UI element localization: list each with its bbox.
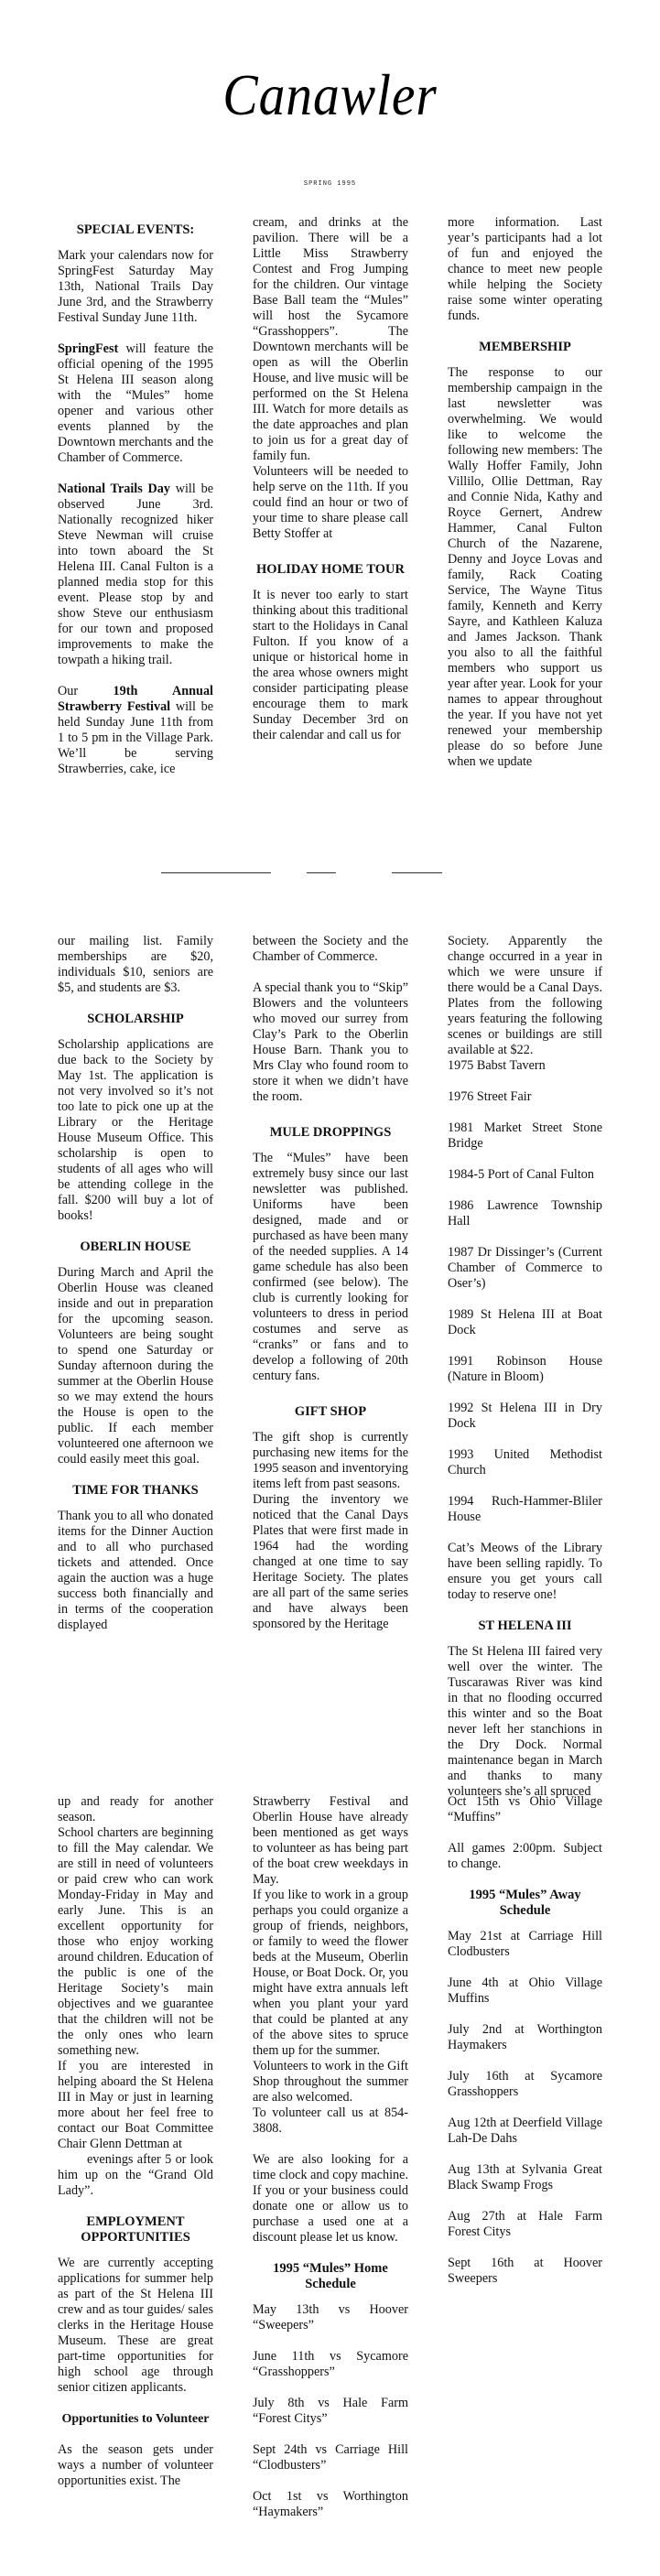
volunteers-paragraph: Volunteers will be needed to help serve … — [253, 464, 408, 542]
page-divider — [161, 872, 271, 873]
scholarship-heading: SCHOLARSHIP — [58, 1012, 213, 1027]
cats-meows-text: Cat’s Meows of the Library have been sel… — [448, 1541, 602, 1603]
away-game: July 16th at Sycamore Grasshoppers — [448, 2069, 602, 2100]
employment-heading: EMPLOYMENT OPPORTUNITIES — [58, 2214, 213, 2246]
springfest-lead: SpringFest — [58, 341, 118, 356]
away-game: Aug 12th at Deerfield Village Lah-De Dah… — [448, 2116, 602, 2147]
volunteer-group-text: If you like to work in a group perhaps y… — [253, 1888, 408, 2059]
plate-item: 1993 United Methodist Church — [448, 1447, 602, 1478]
scholarship-text: Scholarship applications are due back to… — [58, 1037, 213, 1224]
plate-item: 1994 Ruch-Hammer-Bliler House — [448, 1494, 602, 1525]
masthead: Canawler SPRING 1995 — [0, 0, 660, 192]
away-game: Sept 16th at Hoover Sweepers — [448, 2256, 602, 2287]
time-for-thanks-continued: between the Society and the Chamber of C… — [253, 934, 408, 965]
gift-shop-text-2: During the inventory we noticed that the… — [253, 1492, 408, 1632]
plate-item: 1989 St Helena III at Boat Dock — [448, 1307, 602, 1338]
plate-item: 1976 Street Fair — [448, 1089, 602, 1105]
springfest-paragraph: SpringFest will feature the official ope… — [58, 341, 213, 466]
plate-item: 1992 St Helena III in Dry Dock — [448, 1401, 602, 1432]
home-game: July 8th vs Hale Farm “Forest Citys” — [253, 2396, 408, 2427]
home-game: Oct 1st vs Worthington “Haymakers” — [253, 2489, 408, 2520]
special-thanks-text: A special thank you to “Skip” Blowers an… — [253, 980, 408, 1105]
column-2: Strawberry Festival and Oberlin House ha… — [253, 1794, 408, 2536]
plate-item: 1986 Lawrence Township Hall — [448, 1198, 602, 1229]
special-events-heading: SPECIAL EVENTS: — [58, 222, 213, 238]
column-2: between the Society and the Chamber of C… — [253, 934, 408, 1648]
newsletter-title: Canawler — [33, 66, 627, 124]
oberlin-house-heading: OBERLIN HOUSE — [58, 1239, 213, 1255]
column-1: SPECIAL EVENTS: Mark your calendars now … — [58, 222, 213, 793]
employment-text: We are currently accepting applications … — [58, 2256, 213, 2396]
plate-item: 1991 Robinson House (Nature in Bloom) — [448, 1354, 602, 1385]
boat-contact-text: If you are interested in helping aboard … — [58, 2059, 213, 2152]
column-1: up and ready for another season. School … — [58, 1794, 213, 2505]
volunteer-call-text: To volunteer call us at 854-3808. — [253, 2105, 408, 2137]
column-3: Oct 15th vs Ohio Village “Muffins” All g… — [448, 1794, 602, 2302]
strawberry-festival-paragraph: Our 19th Annual Strawberry Festival will… — [58, 684, 213, 777]
plate-item: 1981 Market Street Stone Bridge — [448, 1120, 602, 1152]
plates-list: 1975 Babst Tavern 1976 Street Fair 1981 … — [448, 1058, 602, 1525]
home-game: Sept 24th vs Carriage Hill “Clodbusters” — [253, 2442, 408, 2473]
holiday-home-tour-continued: more information. Last year’s participan… — [448, 215, 602, 324]
page-divider — [392, 872, 442, 873]
mule-droppings-heading: MULE DROPPINGS — [253, 1125, 408, 1141]
away-game: May 21st at Carriage Hill Clodbusters — [448, 1929, 602, 1960]
volunteer-gift-shop-text: Volunteers to work in the Gift Shop thro… — [253, 2059, 408, 2105]
oberlin-house-text: During March and April the Oberlin House… — [58, 1265, 213, 1467]
st-helena-heading: ST HELENA III — [448, 1618, 602, 1634]
column-3: Society. Apparently the change occurred … — [448, 934, 602, 1815]
strawberry-festival-continued: cream, and drinks at the pavilion. There… — [253, 215, 408, 464]
away-game: June 4th at Ohio Village Muffins — [448, 1975, 602, 2007]
boat-contact-continued: evenings after 5 or look him up on the “… — [58, 2152, 213, 2199]
school-charters-text: School charters are beginning to fill th… — [58, 1825, 213, 2059]
equipment-request-text: We are also looking for a time clock and… — [253, 2152, 408, 2246]
column-3: more information. Last year’s participan… — [448, 215, 602, 785]
gift-shop-continued: Society. Apparently the change occurred … — [448, 934, 602, 1058]
home-game: May 13th vs Hoover “Sweepers” — [253, 2302, 408, 2333]
issue-date: SPRING 1995 — [0, 180, 660, 188]
special-events-intro: Mark your calendars now for SpringFest S… — [58, 248, 213, 326]
time-for-thanks-heading: TIME FOR THANKS — [58, 1483, 213, 1499]
column-1: our mailing list. Family memberships are… — [58, 934, 213, 1649]
home-schedule-heading: 1995 “Mules” Home Schedule — [253, 2261, 408, 2292]
home-schedule-list: May 13th vs Hoover “Sweepers” June 11th … — [253, 2302, 408, 2520]
plate-item: 1987 Dr Dissinger’s (Current Chamber of … — [448, 1245, 602, 1292]
away-game: Aug 27th at Hale Farm Forest Citys — [448, 2209, 602, 2240]
plate-item: 1984-5 Port of Canal Fulton — [448, 1167, 602, 1183]
column-2: cream, and drinks at the pavilion. There… — [253, 215, 408, 759]
home-game: Oct 15th vs Ohio Village “Muffins” — [448, 1794, 602, 1825]
mule-droppings-text: The “Mules” have been extremely busy sin… — [253, 1151, 408, 1384]
membership-heading: MEMBERSHIP — [448, 340, 602, 355]
page-divider — [307, 872, 336, 873]
st-helena-continued: up and ready for another season. — [58, 1794, 213, 1825]
away-schedule-list: May 21st at Carriage Hill Clodbusters Ju… — [448, 1929, 602, 2287]
volunteer-heading: Opportunities to Volunteer — [58, 2411, 213, 2427]
holiday-home-tour-text: It is never too early to start thinking … — [253, 588, 408, 743]
volunteer-continued: Strawberry Festival and Oberlin House ha… — [253, 1794, 408, 1888]
st-helena-text: The St Helena III faired very well over … — [448, 1644, 602, 1800]
time-for-thanks-text: Thank you to all who donated items for t… — [58, 1509, 213, 1633]
trails-day-lead: National Trails Day — [58, 482, 170, 496]
holiday-home-tour-heading: HOLIDAY HOME TOUR — [253, 562, 408, 578]
away-game: July 2nd at Worthington Haymakers — [448, 2022, 602, 2053]
gift-shop-heading: GIFT SHOP — [253, 1404, 408, 1420]
away-game: Aug 13th at Sylvania Great Black Swamp F… — [448, 2162, 602, 2193]
plate-item: 1975 Babst Tavern — [448, 1058, 602, 1074]
home-game: June 11th vs Sycamore “Grasshoppers” — [253, 2349, 408, 2380]
trails-day-paragraph: National Trails Day will be observed Jun… — [58, 482, 213, 668]
away-schedule-heading: 1995 “Mules” Away Schedule — [448, 1888, 602, 1919]
volunteer-text: As the season gets under ways a number o… — [58, 2442, 213, 2489]
membership-continued: our mailing list. Family memberships are… — [58, 934, 213, 996]
schedule-note: All games 2:00pm. Subject to change. — [448, 1841, 602, 1872]
membership-text: The response to our membership campaign … — [448, 365, 602, 770]
gift-shop-text-1: The gift shop is currently purchasing ne… — [253, 1430, 408, 1492]
